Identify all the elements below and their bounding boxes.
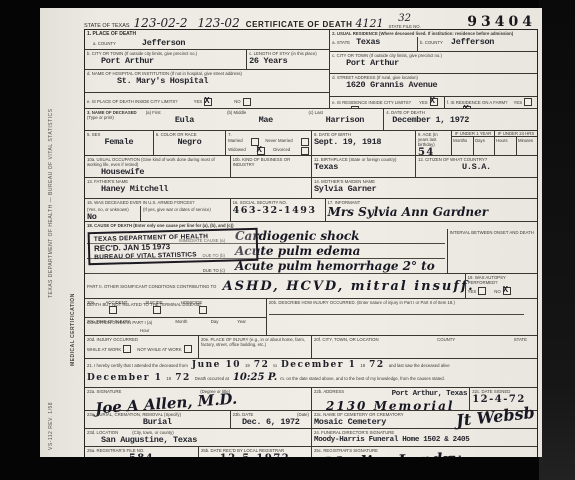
field-length-of-stay: 26 Years — [249, 56, 327, 66]
field-birthplace: 11. BIRTHPLACE (State or foreign country… — [311, 156, 415, 177]
last-seen-alive-date: December 1 — [87, 373, 162, 383]
not-while-at-work-checkbox — [184, 345, 192, 353]
residence-limits-no-checkbox — [351, 106, 359, 108]
attended-from-date: June 10 — [192, 360, 241, 370]
no-label: NO — [234, 99, 240, 104]
usual-residence-title: 2. USUAL RESIDENCE (Where deceased lived… — [330, 30, 537, 37]
interval-onset-death-label: INTERVAL BETWEEN ONSET AND DEATH — [447, 229, 537, 273]
field-physician-signature: 22a. SIGNATURE (Degree or title) Joe A A… — [85, 388, 311, 410]
field-marital-status: 7. Married Never Married Widowed X Divor… — [225, 131, 311, 155]
field-time-of-injury: 20c. TIME OF INJURY Houra.m. p.m. Month … — [85, 317, 266, 335]
field-describe-injury: 20b. DESCRIBE HOW INJURY OCCURRED. (Ente… — [266, 299, 537, 317]
medical-certification-vertical-label: MEDICAL CERTIFICATION — [70, 226, 76, 366]
field-residence-county: Jefferson — [451, 37, 494, 47]
field-mother-maiden-name: 14. MOTHER'S MAIDEN NAME Sylvia Garner — [311, 178, 537, 198]
field-date-of-death: 4. DATE OF DEATH December 1, 1972 — [383, 109, 537, 130]
physician-certification-statement: 21. I hereby certify that I attended the… — [85, 358, 537, 387]
field-hospital: St. Mary's Hospital — [117, 76, 327, 86]
attended-to-date: December 1 — [281, 360, 356, 370]
field-sex: 5. SEX Female — [85, 131, 153, 155]
field-occupation: 10a. USUAL OCCUPATION (Give kind of work… — [85, 156, 230, 177]
suicide-checkbox — [153, 306, 161, 314]
section-cause-of-death: 18. CAUSE OF DEATH (Enter only one cause… — [85, 221, 537, 298]
certificate-header: STATE OF TEXAS 123-02-2 123-02 CERTIFICA… — [84, 13, 536, 29]
field-registrar-file-no: 25a. REGISTRAR'S FILE NO. 584 — [85, 447, 198, 457]
field-place-of-injury: 20e. PLACE OF INJURY (e.g., in or about … — [198, 336, 311, 358]
local-file-number2-handwritten: 123-02 — [197, 18, 239, 29]
field-death-county: Jefferson — [142, 38, 185, 48]
local-file-number-handwritten: 123-02-2 — [134, 18, 188, 29]
residence-limits-yes-checkbox: X — [430, 98, 438, 106]
cause-line-c: Acute pulm hemorrhage 2° to — [235, 259, 435, 273]
scan-edge-shadow — [539, 0, 575, 480]
field-date-received: 25b. DATE REC'D BY LOCAL REGISTRAR 12-5-… — [198, 447, 311, 457]
field-physician-address: 22b. ADDRESS Port Arthur, Texas 2130 Mem… — [311, 388, 469, 410]
field-cemetery-name: 23c. NAME OF CEMETERY OR CREMATORY Mosai… — [311, 411, 537, 428]
field-accident-suicide-homicide: 20a. ACCIDENT SUICIDE HOMICIDE — [85, 299, 266, 317]
autopsy-yes-checkbox — [478, 287, 486, 295]
field-middle-name: (b) Middle Mae — [225, 109, 306, 130]
injury-description-blank — [266, 317, 537, 335]
widowed-checkbox: X — [257, 147, 265, 155]
cause-of-death-header: 18. CAUSE OF DEATH (Enter only one cause… — [85, 222, 537, 229]
field-residence-state: Texas — [356, 37, 380, 47]
death-limits-no-checkbox — [243, 98, 251, 106]
part2-conditions-value: ASHD, HCVD, mitral insuff. — [223, 279, 475, 294]
residence-limits-label: e. IS RESIDENCE INSIDE CITY LIMITS? — [332, 100, 411, 105]
time-of-death: 10:25 P. — [233, 372, 277, 383]
field-citizenship: 12. CITIZEN OF WHAT COUNTRY? U.S.A. — [415, 156, 537, 177]
divorced-checkbox — [301, 147, 309, 155]
if-under-1-year-columns: IF UNDER 1 YEAR Months Days — [451, 131, 494, 155]
farm-no-checkbox: X — [463, 106, 471, 108]
section-usual-residence: 2. USUAL RESIDENCE (Where deceased lived… — [329, 30, 537, 108]
field-burial-location: 23d. LOCATION(City, town, or county) San… — [85, 429, 311, 446]
name-of-deceased-label: 3. NAME OF DECEASED (Type or print) — [85, 109, 144, 130]
field-death-city: Port Arthur — [101, 56, 244, 66]
field-injury-occurred: 20d. INJURY OCCURRED WHILE AT WORK NOT W… — [85, 336, 198, 358]
field-armed-forces: 15. WAS DECEASED EVER IN U.S. ARMED FORC… — [85, 199, 230, 221]
field-informant: 17. INFORMANT Mrs Sylvia Ann Gardner — [325, 199, 537, 221]
farm-yes-checkbox — [524, 98, 532, 106]
death-city-limits-label: e. IS PLACE OF DEATH INSIDE CITY LIMITS? — [87, 99, 178, 104]
field-autopsy: 19. WAS AUTOPSY PERFORMED? YES NO X — [465, 274, 537, 298]
field-funeral-director: 24. FUNERAL DIRECTOR'S SIGNATURE Moody-H… — [311, 429, 537, 446]
field-race: 6. COLOR OR RACE Negro — [153, 131, 225, 155]
field-burial-method: 23a. BURIAL, CREMATION, REMOVAL (Specify… — [85, 411, 230, 428]
field-street-address: 1620 Grannis Avenue — [346, 80, 535, 90]
autopsy-no-checkbox: X — [503, 287, 511, 295]
place-of-death-title: 1. PLACE OF DEATH — [85, 30, 329, 38]
left-margin-vertical-text: TEXAS DEPARTMENT OF HEALTH — BUREAU OF V… — [48, 38, 54, 298]
accident-checkbox — [109, 306, 117, 314]
certificate-paper: TEXAS DEPARTMENT OF HEALTH — BUREAU OF V… — [40, 8, 542, 457]
field-residence-city: Port Arthur — [346, 58, 535, 68]
death-limits-yes-checkbox: X — [204, 98, 212, 106]
if-under-24-hrs-columns: IF UNDER 24 HRS Hours Minutes — [494, 131, 537, 155]
residence-farm-label: f. IS RESIDENCE ON A FARM? — [447, 100, 508, 105]
residence-state-label: a. STATE — [332, 40, 350, 45]
field-last-name: (c) Last Harrison — [306, 109, 383, 130]
field-age: 9. AGE (In years last birthday) 54 — [415, 131, 451, 155]
field-business-industry: 10b. KIND OF BUSINESS OR INDUSTRY — [230, 156, 311, 177]
while-at-work-checkbox — [123, 345, 131, 353]
certificate-form: 1. PLACE OF DEATH a. COUNTY Jefferson b.… — [84, 29, 538, 457]
field-injury-city-county-state: 20f. CITY, TOWN, OR LOCATION COUNTY STAT… — [311, 336, 537, 358]
field-father-name: 13. FATHER'S NAME Haney Mitchell — [85, 178, 311, 198]
field-first-name: (a) First Eula — [144, 109, 225, 130]
field-registrar-signature: 25c. REGISTRAR'S SIGNATURE Merlice Landr… — [311, 447, 537, 457]
state-file-no-handwritten: 32 — [398, 13, 411, 24]
received-date-stamp: TEXAS DEPARTMENT OF HEALTH REC'D. JAN 15… — [88, 228, 259, 265]
county-label: a. COUNTY — [93, 41, 116, 46]
yes-label: YES — [194, 99, 203, 104]
title-handwritten-number: 4121 — [356, 18, 384, 29]
scanned-death-certificate: TEXAS DEPARTMENT OF HEALTH — BUREAU OF V… — [0, 0, 575, 480]
field-social-security-no: 16. SOCIAL SECURITY NO. 463-32-1493 — [230, 199, 325, 221]
field-burial-date: 23b. DATE(Date) Dec. 6, 1972 — [230, 411, 311, 428]
never-married-checkbox — [301, 138, 309, 146]
residence-county-label: b. COUNTY — [420, 40, 443, 45]
section-place-of-death: 1. PLACE OF DEATH a. COUNTY Jefferson b.… — [85, 30, 329, 108]
due-to-c-label: DUE TO (c) — [87, 268, 225, 273]
certificate-serial-number: 93404 — [467, 15, 536, 29]
form-code: VS-112 REV. 1/58 — [48, 390, 54, 450]
field-date-of-birth: 8. DATE OF BIRTH Sept. 19, 1918 — [311, 131, 415, 155]
certificate-title: CERTIFICATE OF DEATH — [246, 20, 353, 29]
homicide-checkbox — [199, 306, 207, 314]
